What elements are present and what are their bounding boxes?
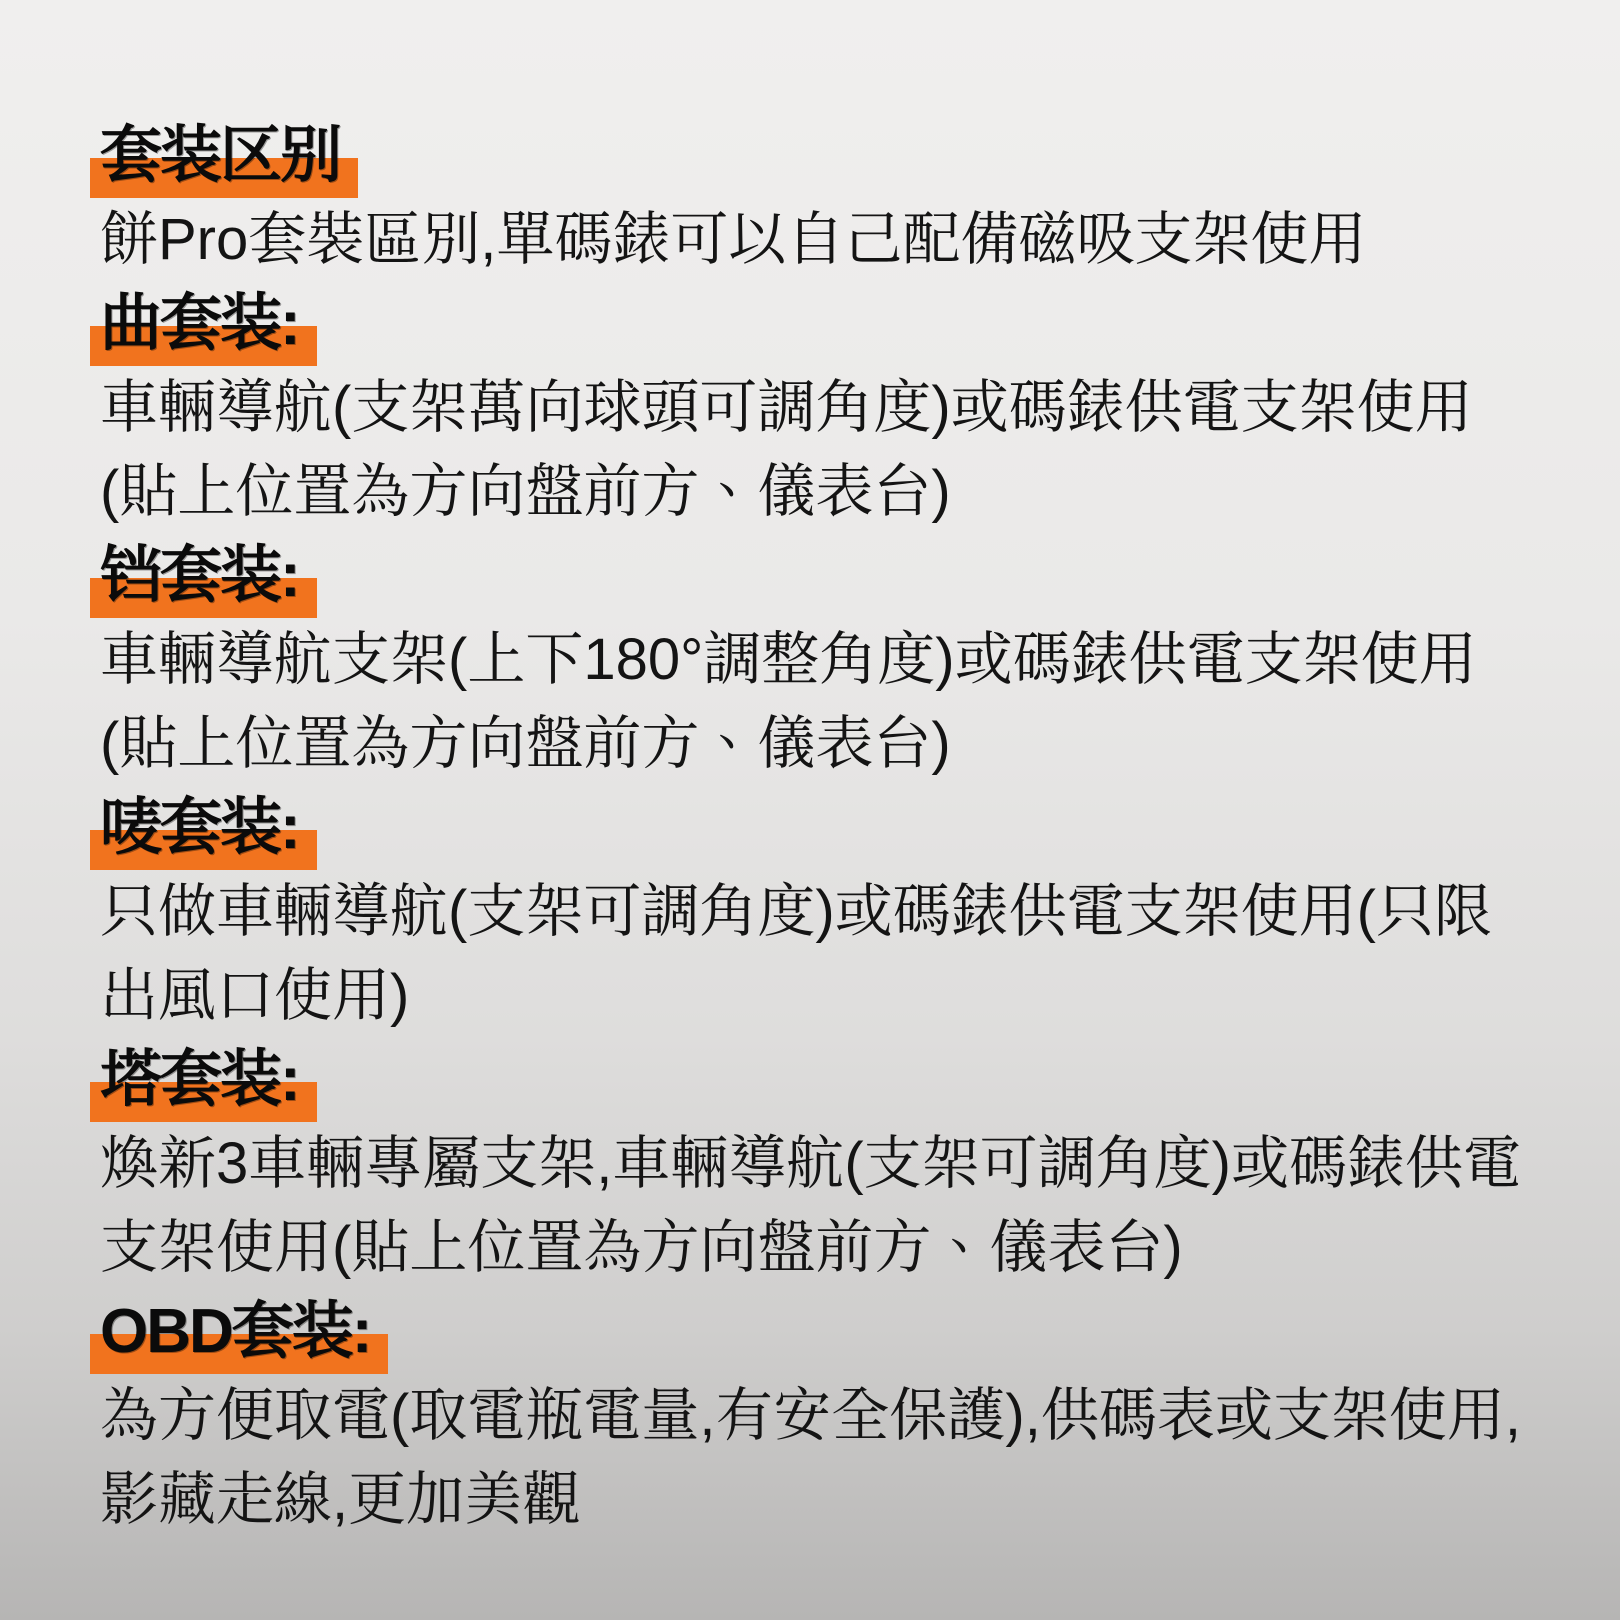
kit-description: 只做車輛導航(支架可調角度)或碼錶供電支架使用(只限出風口使用) [100,870,1532,1038]
kit-description: 車輛導航(支架萬向球頭可調角度)或碼錶供電支架使用(貼上位置為方向盤前方、儀表台… [100,366,1532,534]
page-title-row: 套装区别 [100,114,1532,198]
page-background: 套装区别 餅Pro套裝區別,單碼錶可以自己配備磁吸支架使用 曲套装: 車輛導航(… [0,0,1620,1620]
kit-heading-text: OBD套装: [100,1297,370,1366]
kit-heading-text: 唛套装: [100,793,299,862]
kit-sections: 曲套装: 車輛導航(支架萬向球頭可調角度)或碼錶供電支架使用(貼上位置為方向盤前… [100,282,1532,1542]
kit-section: 铛套装: 車輛導航支架(上下180°調整角度)或碼錶供電支架使用(貼上位置為方向… [100,534,1532,786]
kit-section: 唛套装: 只做車輛導航(支架可調角度)或碼錶供電支架使用(只限出風口使用) [100,786,1532,1038]
kit-heading: 曲套装: [100,282,299,382]
page-title: 套装区别 [100,114,340,214]
kit-heading: 塔套装: [100,1038,299,1138]
kit-heading-row: 塔套装: [100,1038,1532,1122]
kit-heading: OBD套装: [100,1290,370,1390]
kit-section: OBD套装: 為方便取電(取電瓶電量,有安全保護),供碼表或支架使用,影藏走線,… [100,1290,1532,1542]
kit-heading: 铛套装: [100,534,299,634]
kit-section: 塔套装: 煥新3車輛專屬支架,車輛導航(支架可調角度)或碼錶供電支架使用(貼上位… [100,1038,1532,1290]
kit-heading-row: 铛套装: [100,534,1532,618]
kit-heading: 唛套装: [100,786,299,886]
kit-description: 煥新3車輛專屬支架,車輛導航(支架可調角度)或碼錶供電支架使用(貼上位置為方向盤… [100,1122,1532,1290]
content-area: 套装区别 餅Pro套裝區別,單碼錶可以自己配備磁吸支架使用 曲套装: 車輛導航(… [0,0,1620,1542]
kit-heading-text: 塔套装: [100,1045,299,1114]
kit-description: 為方便取電(取電瓶電量,有安全保護),供碼表或支架使用,影藏走線,更加美觀 [100,1374,1532,1542]
kit-heading-row: 曲套装: [100,282,1532,366]
kit-section: 曲套装: 車輛導航(支架萬向球頭可調角度)或碼錶供電支架使用(貼上位置為方向盤前… [100,282,1532,534]
kit-heading-text: 铛套装: [100,541,299,610]
kit-heading-row: OBD套装: [100,1290,1532,1374]
kit-heading-text: 曲套装: [100,289,299,358]
kit-heading-row: 唛套装: [100,786,1532,870]
kit-description: 車輛導航支架(上下180°調整角度)或碼錶供電支架使用(貼上位置為方向盤前方、儀… [100,618,1532,786]
page-title-text: 套装区别 [100,121,340,190]
